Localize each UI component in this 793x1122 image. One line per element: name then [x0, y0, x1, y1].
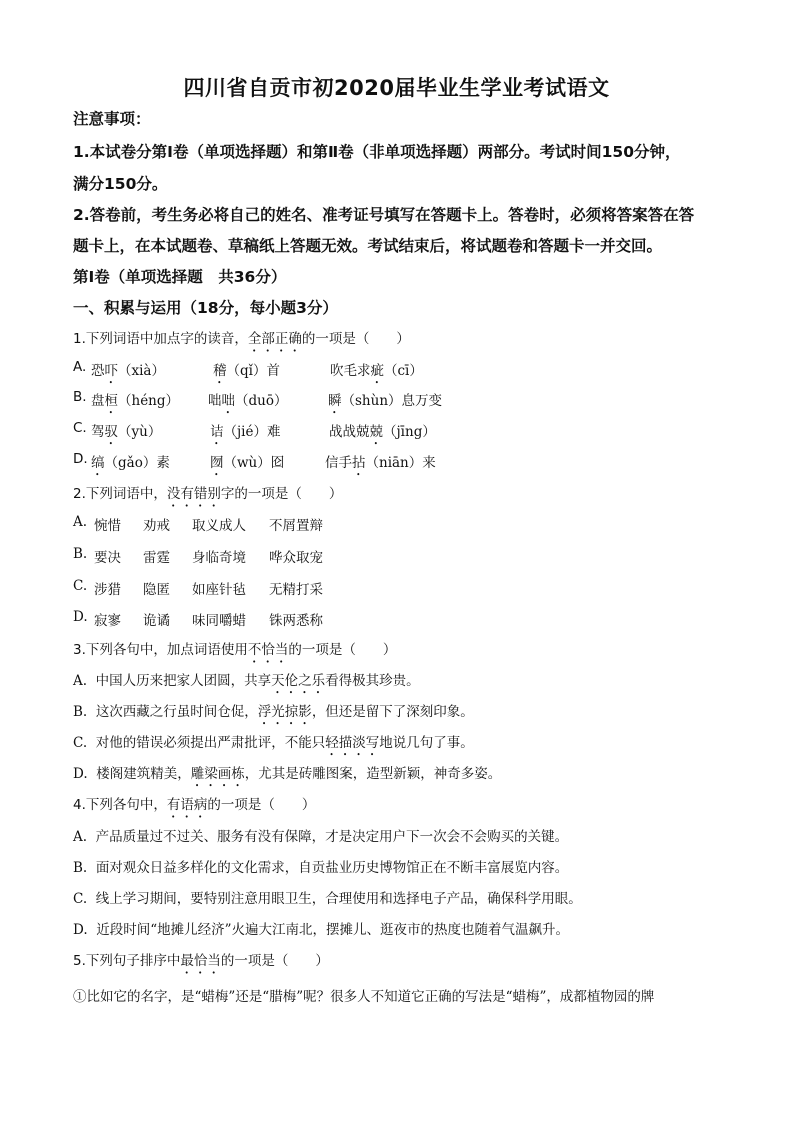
option-letter: D.: [73, 922, 88, 938]
part-1-heading: 第Ⅰ卷（单项选择题 共36分）: [73, 265, 286, 287]
option-word: 哗众取宠: [269, 546, 323, 566]
emphasized-text: 最恰当: [180, 953, 221, 969]
option-letter: C.: [73, 891, 87, 907]
question-2-option-c: C. 涉猎 隐匿 如座针毡 无精打采: [73, 578, 473, 598]
question-3-option-b: B. 这次西藏之行虽时间仓促，浮光掠影，但还是留下了深刻印象。: [73, 700, 474, 728]
question-3-option-d: D. 楼阁建筑精美，雕梁画栋，尤其是砖雕图案，造型新颖，神奇多姿。: [73, 762, 501, 790]
option-letter: B.: [73, 704, 87, 720]
option-text: 面对观众日益多样化的文化需求，自贡盐业历史博物馆正在不断丰富展览内容。: [96, 860, 569, 876]
option-text: 近段时间“地摊儿经济”火遍大江南北，摆摊儿、逛夜市的热度也随着气温飙升。: [96, 922, 569, 938]
question-stem-text: 3.下列各句中，加点词语使用: [73, 642, 248, 658]
option-letter: B.: [73, 389, 87, 405]
question-1-option-c: C. 驾驭（yù） 诘（jié）难 战战兢兢（jīng）: [73, 420, 733, 440]
question-stem-text: 5.下列句子排序中: [73, 953, 180, 969]
question-5-passage-line-1: ①比如它的名字，是“蜡梅”还是“腊梅”呢？很多人不知道它正确的写法是“蜡梅”，成…: [73, 985, 654, 1005]
question-4-option-a: A. 产品质量过不过关、服务有没有保障，才是决定用户下一次会不会购买的关键。: [73, 825, 568, 845]
option-letter: C.: [73, 578, 87, 594]
question-3-option-c: C. 对他的错误必须提出严肃批评，不能只轻描淡写地说几句了事。: [73, 731, 474, 759]
option-item: 稽（qǐ）首: [213, 359, 280, 387]
option-word: 惋惜: [94, 514, 121, 534]
option-item: 囫（wù）囵: [210, 451, 284, 479]
option-item: 瞬（shùn）息万变: [328, 389, 442, 417]
option-item: 缟（gǎo）素: [91, 451, 170, 479]
question-stem-text: 的一项是（ ）: [302, 331, 410, 347]
option-word: 取义成人: [192, 514, 246, 534]
option-letter: C.: [73, 735, 87, 751]
question-4-option-c: C. 线上学习期间，要特别注意用眼卫生，合理使用和选择电子产品，确保科学用眼。: [73, 887, 582, 907]
question-stem-text: 1.下列词语中加点字的读音，: [73, 331, 248, 347]
question-stem-text: 4.下列各句中，: [73, 797, 167, 813]
option-item: 吹毛求疵（cī）: [330, 359, 423, 387]
question-5-stem: 5.下列句子排序中最恰当的一项是（ ）: [73, 949, 329, 977]
document-title: 四川省自贡市初2020届毕业生学业考试语文: [0, 72, 793, 102]
option-word: 味同嚼蜡: [192, 609, 246, 629]
question-stem-text: 的一项是（ ）: [288, 642, 396, 658]
option-item: 咄咄（duō）: [208, 389, 287, 417]
option-word: 无精打采: [269, 578, 323, 598]
question-1-option-d: D. 缟（gǎo）素 囫（wù）囵 信手拈（niān）来: [73, 451, 733, 471]
emphasized-text: 有语病: [167, 797, 208, 813]
question-3-stem: 3.下列各句中，加点词语使用不恰当的一项是（ ）: [73, 638, 396, 666]
option-item: 驾驭（yù）: [91, 420, 161, 448]
question-4-stem: 4.下列各句中，有语病的一项是（ ）: [73, 793, 315, 821]
option-word: 如座针毡: [192, 578, 246, 598]
question-1-option-b: B. 盘桓（héng） 咄咄（duō） 瞬（shùn）息万变: [73, 389, 733, 409]
option-word: 寂寥: [94, 609, 121, 629]
option-word: 铢两悉称: [269, 609, 323, 629]
option-word: 要决: [94, 546, 121, 566]
question-4-option-d: D. 近段时间“地摊儿经济”火遍大江南北，摆摊儿、逛夜市的热度也随着气温飙升。: [73, 918, 569, 938]
option-text: 线上学习期间，要特别注意用眼卫生，合理使用和选择电子产品，确保科学用眼。: [96, 891, 582, 907]
emphasized-text: 雕梁画栋: [191, 766, 245, 782]
option-letter: D.: [73, 766, 88, 782]
emphasized-text: 没有错别: [167, 486, 221, 502]
emphasized-text: 轻描淡写: [325, 735, 379, 751]
emphasized-text: 天伦之乐: [271, 673, 325, 689]
question-3-option-a: A. 中国人历来把家人团圆，共享天伦之乐看得极其珍贵。: [73, 669, 420, 697]
emphasized-text: 不恰当: [248, 642, 289, 658]
option-letter: A.: [73, 359, 86, 375]
option-item: 信手拈（niān）来: [325, 451, 436, 479]
option-item: 盘桓（héng）: [91, 389, 179, 417]
exam-page: 四川省自贡市初2020届毕业生学业考试语文 注意事项： 1.本试卷分第Ⅰ卷（单项…: [0, 0, 793, 1122]
option-word: 雷霆: [143, 546, 170, 566]
question-2-option-a: A. 惋惜 劝戒 取义成人 不屑置辩: [73, 514, 473, 534]
option-letter: D.: [73, 609, 88, 625]
option-text: 产品质量过不过关、服务有没有保障，才是决定用户下一次会不会购买的关键。: [96, 829, 569, 845]
option-letter: C.: [73, 420, 87, 436]
option-letter: B.: [73, 546, 87, 562]
question-stem-text: 的一项是（ ）: [221, 953, 329, 969]
question-stem-text: 的一项是（ ）: [207, 797, 315, 813]
notice-item-2-line-1: 2.答卷前，考生务必将自己的姓名、准考证号填写在答题卡上。答卷时，必须将答案答在…: [73, 203, 694, 225]
option-item: 战战兢兢（jīng）: [329, 420, 436, 448]
option-word: 涉猎: [94, 578, 121, 598]
option-word: 不屑置辩: [269, 514, 323, 534]
option-item: 诘（jié）难: [210, 420, 281, 448]
question-stem-text: 字的一项是（ ）: [221, 486, 343, 502]
option-word: 隐匿: [143, 578, 170, 598]
notice-heading: 注意事项：: [73, 107, 151, 129]
option-item: 恐吓（xià）: [91, 359, 165, 387]
question-4-option-b: B. 面对观众日益多样化的文化需求，自贡盐业历史博物馆正在不断丰富展览内容。: [73, 856, 568, 876]
notice-item-1-line-2: 满分150分。: [73, 172, 167, 194]
notice-item-1-line-1: 1.本试卷分第Ⅰ卷（单项选择题）和第Ⅱ卷（非单项选择题）两部分。考试时间150分…: [73, 140, 681, 162]
section-1-heading: 一、积累与运用（18分，每小题3分）: [73, 296, 338, 318]
question-stem-text: 2.下列词语中，: [73, 486, 167, 502]
option-word: 身临奇境: [192, 546, 246, 566]
question-2-stem: 2.下列词语中，没有错别字的一项是（ ）: [73, 482, 342, 510]
emphasized-text: 全部正确: [248, 331, 302, 347]
option-letter: A.: [73, 829, 87, 845]
emphasized-text: 浮光掠影: [258, 704, 312, 720]
question-2-option-b: B. 要决 雷霆 身临奇境 哗众取宠: [73, 546, 473, 566]
notice-item-2-line-2: 题卡上，在本试题卷、草稿纸上答题无效。考试结束后，将试题卷和答题卡一并交回。: [73, 234, 662, 256]
option-letter: A.: [73, 673, 87, 689]
option-letter: A.: [73, 514, 87, 530]
question-1-option-a: A. 恐吓（xià） 稽（qǐ）首 吹毛求疵（cī）: [73, 359, 733, 379]
question-2-option-d: D. 寂寥 诡谲 味同嚼蜡 铢两悉称: [73, 609, 473, 629]
question-1-stem: 1.下列词语中加点字的读音，全部正确的一项是（ ）: [73, 327, 410, 355]
option-letter: B.: [73, 860, 87, 876]
option-word: 诡谲: [143, 609, 170, 629]
option-letter: D.: [73, 451, 88, 467]
option-word: 劝戒: [143, 514, 170, 534]
